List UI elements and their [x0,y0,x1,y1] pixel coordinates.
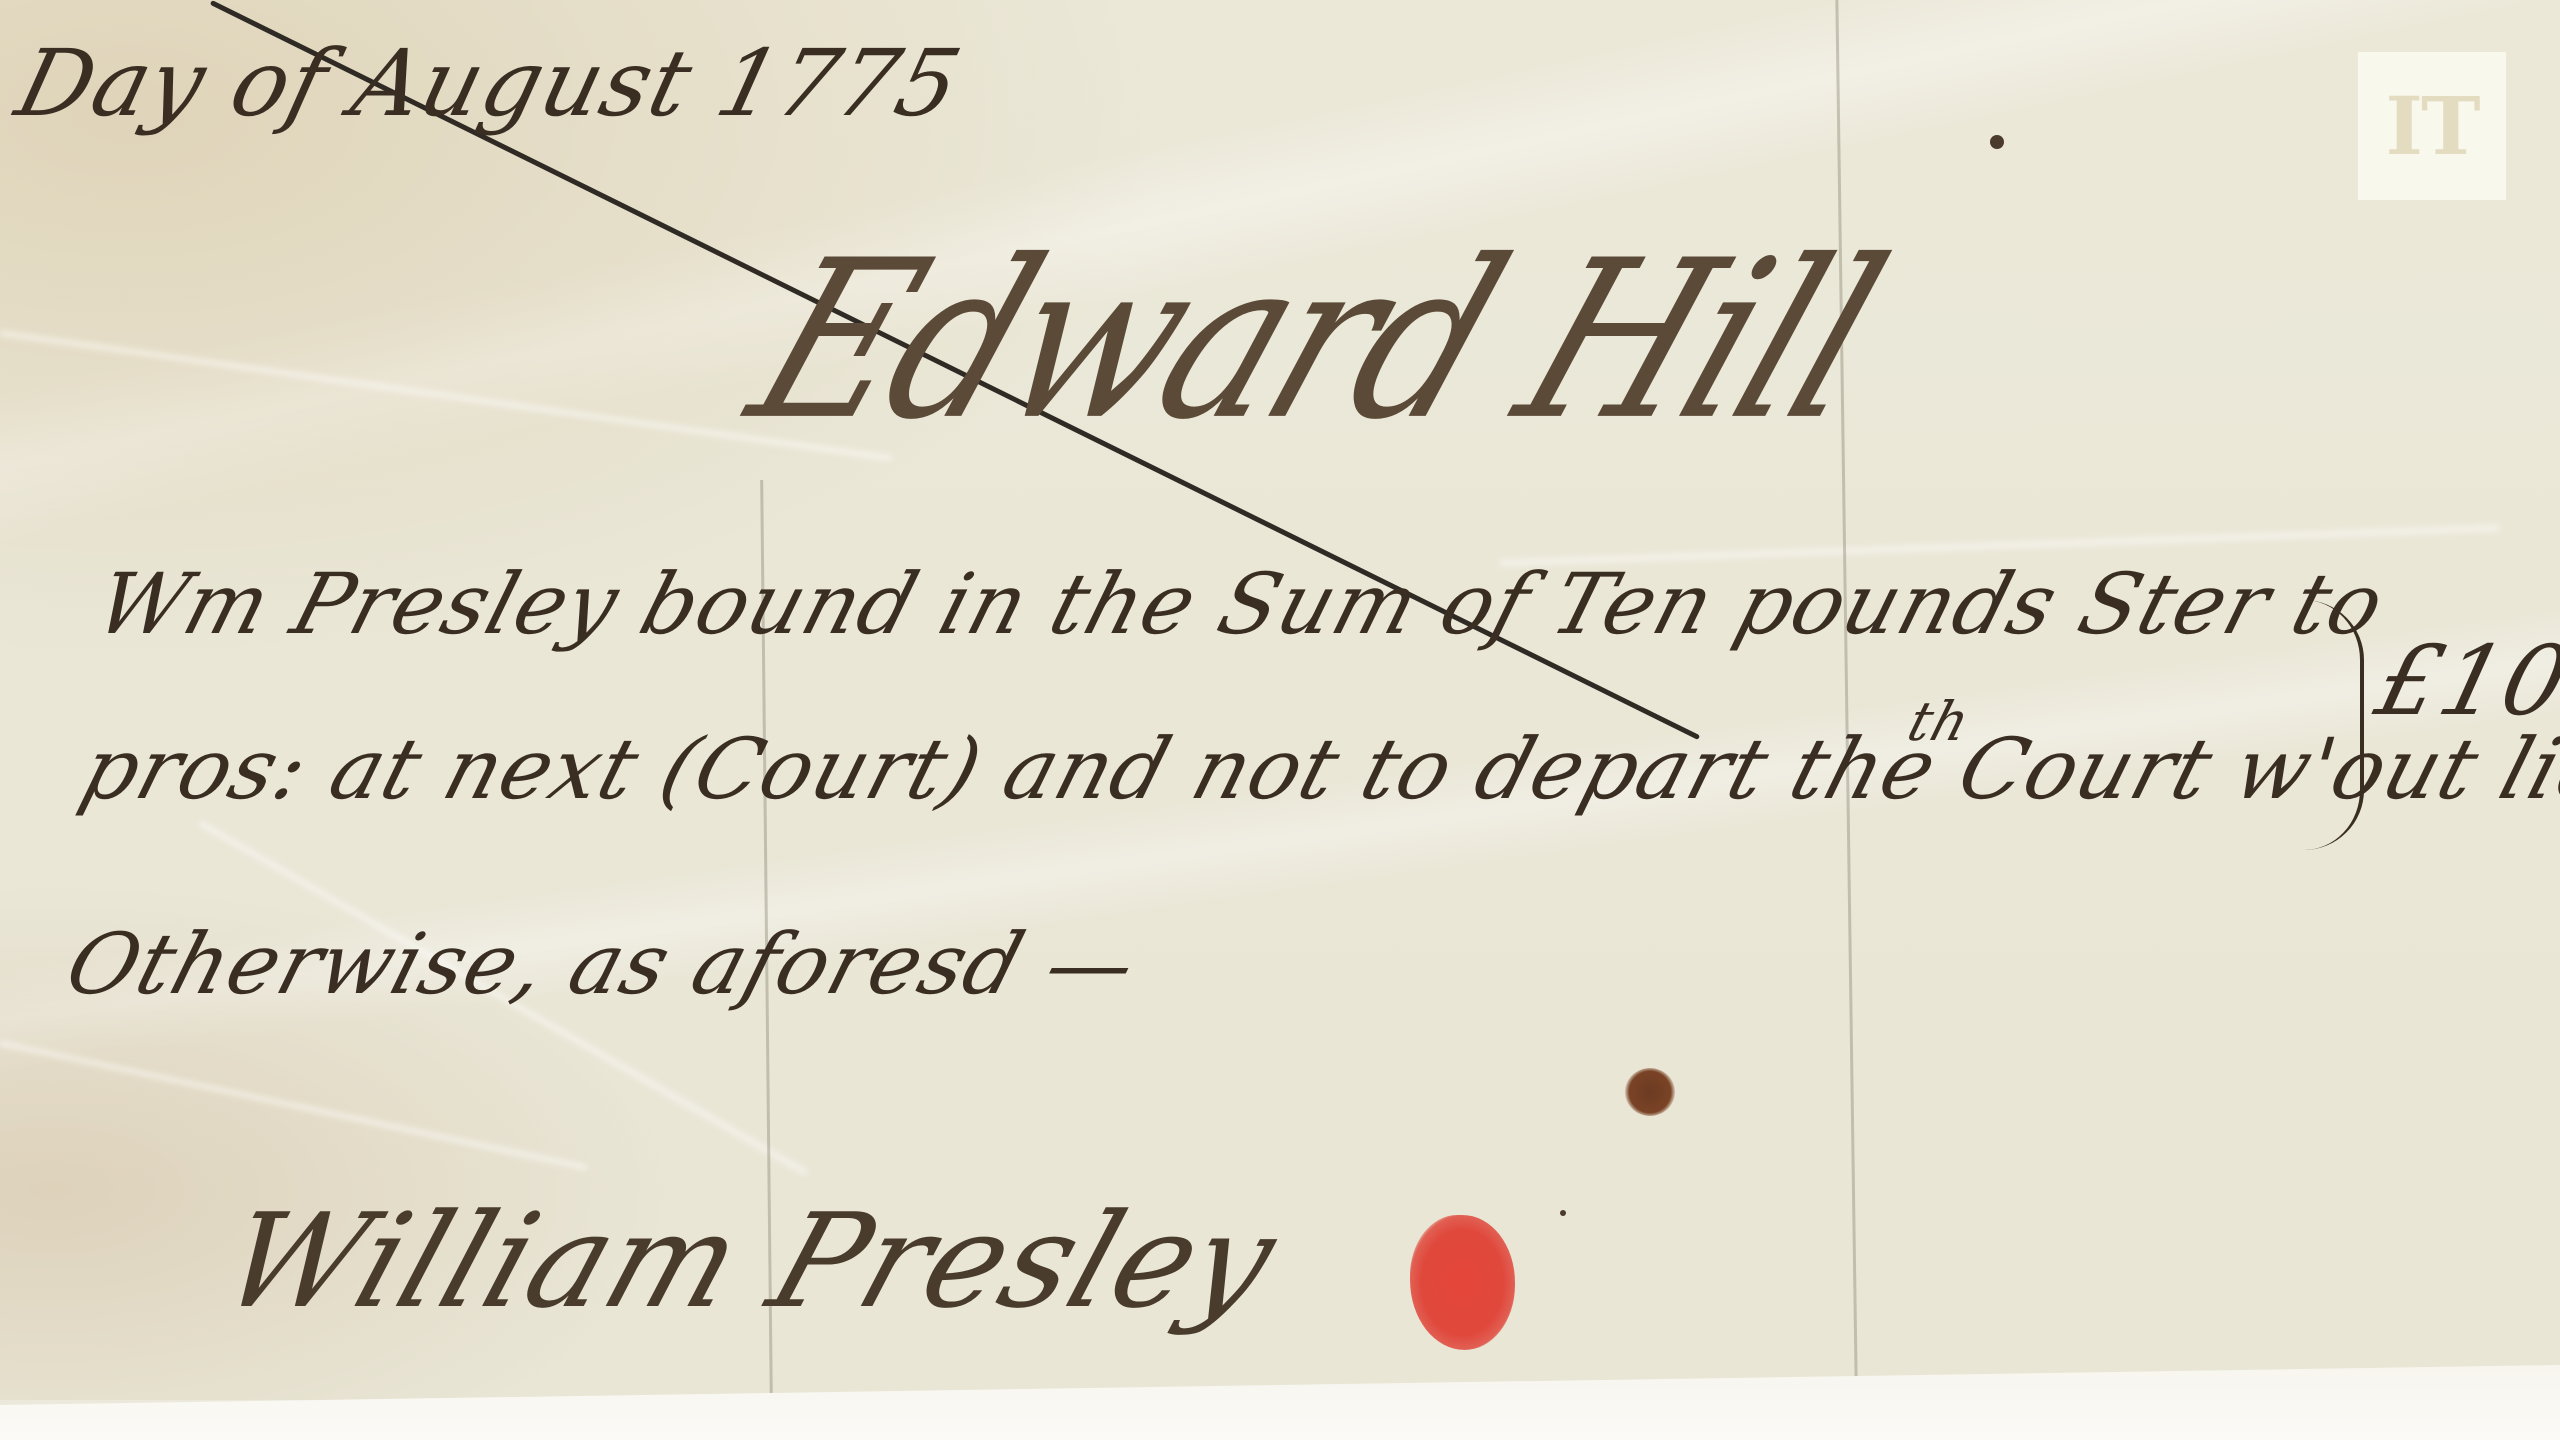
bond-amount: £10 [2366,625,2560,737]
ink-stain-dot [1625,1068,1675,1116]
bond-text-line-3: Otherwise, as aforesd — [56,915,1148,1013]
date-line: Day of August 1775 [7,30,972,137]
signature-william-presley: William Presley [205,1185,1294,1337]
red-wax-seal [1410,1215,1515,1350]
right-brace [2290,600,2364,850]
ink-speck [1560,1210,1566,1216]
signature-edward-hill: Edward Hill [724,213,1908,467]
bond-text-line-1: Wm Presley bound in the Sum of Ten pound… [86,555,2396,653]
it-watermark-logo: IT [2358,52,2506,200]
bond-text-line-2: pros: at next (Court) and not to depart … [71,720,2560,818]
logo-text: IT [2386,79,2479,173]
ink-speck [1990,135,2004,149]
